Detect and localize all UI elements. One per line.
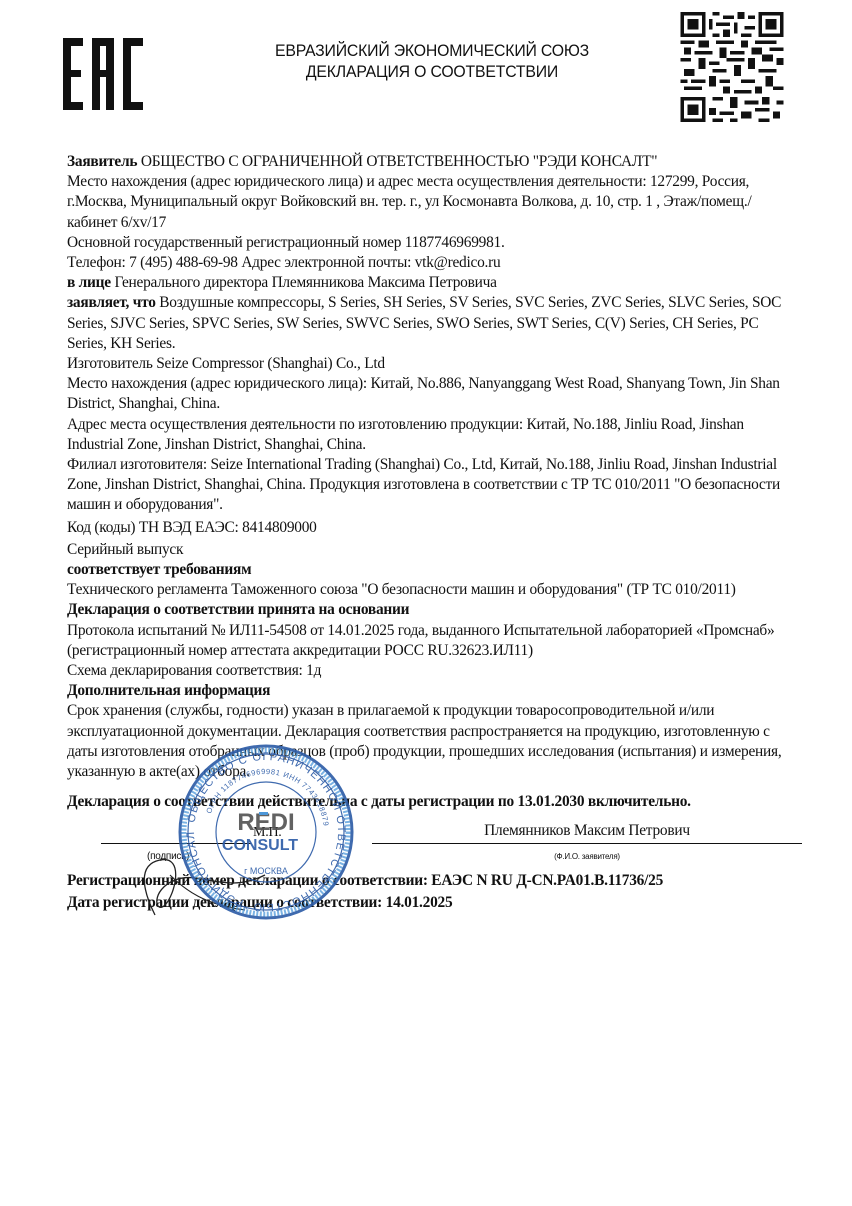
declaration-body: Заявитель ОБЩЕСТВО С ОГРАНИЧЕННОЙ ОТВЕТС… bbox=[67, 152, 797, 913]
registration-number: Регистрационный номер декларации о соотв… bbox=[67, 871, 797, 891]
representative-line: в лице Генерального директора Племяннико… bbox=[67, 273, 797, 293]
declares-label: заявляет, что bbox=[67, 294, 156, 311]
applicant-address: Место нахождения (адрес юридического лиц… bbox=[67, 172, 797, 233]
product-description: Воздушные компрессоры, S Series, SH Seri… bbox=[67, 294, 781, 351]
signature-caption: (подпись) bbox=[147, 847, 189, 867]
basis-heading: Декларация о соответствии принята на осн… bbox=[67, 600, 797, 620]
applicant-line: Заявитель ОБЩЕСТВО С ОГРАНИЧЕННОЙ ОТВЕТС… bbox=[67, 152, 797, 172]
additional-heading: Дополнительная информация bbox=[67, 681, 797, 701]
applicant-ogrn: Основной государственный регистрационный… bbox=[67, 233, 797, 253]
manufacturer-branch: Филиал изготовителя: Seize International… bbox=[67, 455, 797, 516]
declaration-title: ДЕКЛАРАЦИЯ О СООТВЕТСТВИИ bbox=[216, 61, 648, 82]
representative-label: в лице bbox=[67, 274, 111, 291]
hs-code: Код (коды) ТН ВЭД ЕАЭС: 8414809000 bbox=[67, 518, 797, 538]
declaration-scheme: Схема декларирования соответствия: 1д bbox=[67, 661, 797, 681]
applicant-label: Заявитель bbox=[67, 153, 137, 170]
test-protocol: Протокола испытаний № ИЛ11-54508 от 14.0… bbox=[67, 621, 797, 661]
eac-logo-icon bbox=[63, 38, 143, 110]
validity-statement: Декларация о соответствии действительна … bbox=[67, 792, 797, 812]
production-type: Серийный выпуск bbox=[67, 540, 797, 560]
signer-name-line bbox=[372, 843, 802, 844]
technical-regulation: Технического регламента Таможенного союз… bbox=[67, 580, 797, 600]
representative-name: Генерального директора Племянникова Макс… bbox=[111, 274, 497, 291]
document-header: ЕВРАЗИЙСКИЙ ЭКОНОМИЧЕСКИЙ СОЮЗ ДЕКЛАРАЦИ… bbox=[216, 40, 648, 82]
qr-code-icon[interactable] bbox=[680, 12, 784, 122]
manufacturer-address: Место нахождения (адрес юридического лиц… bbox=[67, 374, 797, 414]
signer-name: Племянников Максим Петрович bbox=[372, 821, 802, 841]
signature-block: (подпись) М.П. Племянников Максим Петров… bbox=[67, 813, 797, 861]
additional-info: Срок хранения (службы, годности) указан … bbox=[67, 701, 797, 782]
registration-date: Дата регистрации декларации о соответств… bbox=[67, 893, 797, 913]
production-address: Адрес места осуществления деятельности п… bbox=[67, 415, 797, 455]
applicant-contacts: Телефон: 7 (495) 488-69-98 Адрес электро… bbox=[67, 253, 797, 273]
product-line: заявляет, что Воздушные компрессоры, S S… bbox=[67, 293, 797, 354]
manufacturer: Изготовитель Seize Compressor (Shanghai)… bbox=[67, 354, 797, 374]
seal-label: М.П. bbox=[253, 823, 282, 843]
complies-heading: соответствует требованиям bbox=[67, 560, 797, 580]
signer-caption: (Ф.И.О. заявителя) bbox=[372, 847, 802, 867]
applicant-name: ОБЩЕСТВО С ОГРАНИЧЕННОЙ ОТВЕТСТВЕННОСТЬЮ… bbox=[137, 153, 657, 170]
signature-line bbox=[101, 843, 251, 844]
union-title: ЕВРАЗИЙСКИЙ ЭКОНОМИЧЕСКИЙ СОЮЗ bbox=[216, 40, 648, 61]
